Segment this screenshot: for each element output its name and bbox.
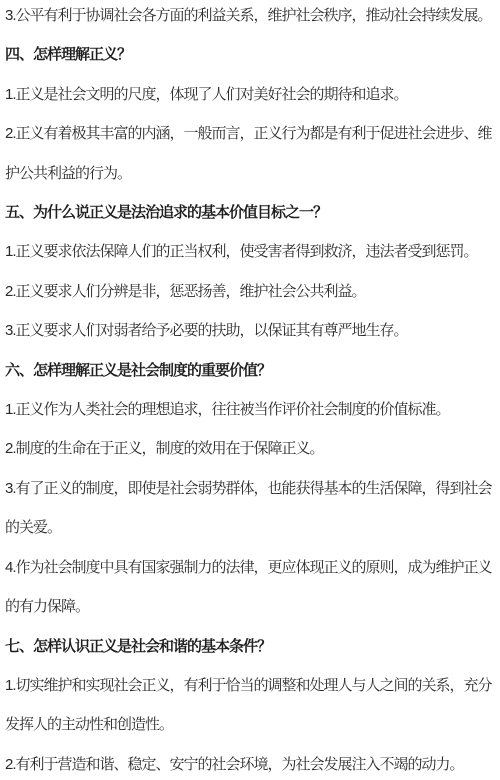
paragraph-justice-def-1: 1.正义是社会文明的尺度，体现了人们对美好社会的期待和追求。 — [5, 75, 496, 114]
section-heading-6: 六、怎样理解正义是社会制度的重要价值？ — [5, 351, 496, 390]
paragraph-institution-value-4: 4.作为社会制度中具有国家强制力的法律，更应体现正义的原则，成为维护正义的有力保… — [5, 548, 496, 627]
paragraph-rule-of-law-3: 3.正义要求人们对弱者给予必要的扶助，以保证其有尊严地生存。 — [5, 311, 496, 350]
document-body: 3.公平有利于协调社会各方面的利益关系，维护社会秩序，推动社会持续发展。 四、怎… — [5, 0, 496, 780]
paragraph-institution-value-2: 2.制度的生命在于正义，制度的效用在于保障正义。 — [5, 429, 496, 468]
paragraph-social-harmony-2: 2.有利于营造和谐、稳定、安宁的社会环境，为社会发展注入不竭的动力。 — [5, 745, 496, 780]
paragraph-institution-value-3: 3.有了正义的制度，即使是社会弱势群体，也能获得基本的生活保障，得到社会的关爱。 — [5, 469, 496, 548]
section-heading-7: 七、怎样认识正义是社会和谐的基本条件？ — [5, 627, 496, 666]
paragraph-rule-of-law-2: 2.正义要求人们分辨是非，惩恶扬善，维护社会公共利益。 — [5, 272, 496, 311]
section-heading-4: 四、怎样理解正义？ — [5, 35, 496, 74]
section-heading-5: 五、为什么说正义是法治追求的基本价值目标之一？ — [5, 193, 496, 232]
paragraph-fairness-point-3: 3.公平有利于协调社会各方面的利益关系，维护社会秩序，推动社会持续发展。 — [5, 0, 496, 35]
paragraph-justice-def-2: 2.正义有着极其丰富的内涵，一般而言，正义行为都是有利于促进社会进步、维护公共利… — [5, 114, 496, 193]
document-page: 3.公平有利于协调社会各方面的利益关系，维护社会秩序，推动社会持续发展。 四、怎… — [0, 0, 500, 780]
paragraph-social-harmony-1: 1.切实维护和实现社会正义，有利于恰当的调整和处理人与人之间的关系，充分发挥人的… — [5, 666, 496, 745]
paragraph-institution-value-1: 1.正义作为人类社会的理想追求，往往被当作评价社会制度的价值标准。 — [5, 390, 496, 429]
paragraph-rule-of-law-1: 1.正义要求依法保障人们的正当权利，使受害者得到救济，违法者受到惩罚。 — [5, 232, 496, 271]
